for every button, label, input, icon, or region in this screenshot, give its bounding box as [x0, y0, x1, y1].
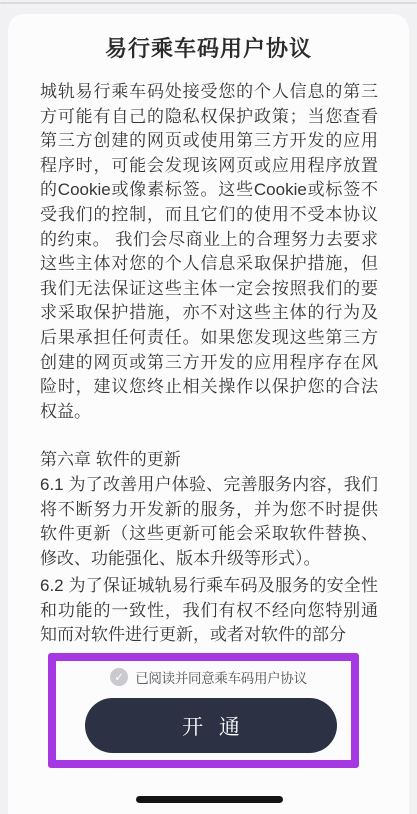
window-top-edge [0, 2, 417, 4]
consent-checkbox-check-icon[interactable]: ✓ [110, 668, 128, 686]
home-indicator-bar[interactable] [136, 796, 283, 803]
consent-label: 已阅读并同意乘车码用户协议 [135, 667, 307, 687]
agreement-scroll-area[interactable]: 城轨易行乘车码处接受您的个人信息的第三方可能有自己的隐私权保护政策；当您查看第三… [40, 78, 378, 650]
page-title: 易行乘车码用户协议 [8, 32, 409, 63]
agreement-clause-6-1: 6.1 为了改善用户体验、完善服务内容，我们将不断努力开发新的服务，并为您不时提… [40, 473, 378, 571]
agreement-clause-6-2: 6.2 为了保证城轨易行乘车码及服务的安全性和功能的一致性，我们有权不经向您特别… [40, 574, 378, 648]
activate-button[interactable]: 开 通 [85, 698, 337, 753]
consent-row[interactable]: ✓ 已阅读并同意乘车码用户协议 [8, 666, 409, 688]
agreement-paragraph: 城轨易行乘车码处接受您的个人信息的第三方可能有自己的隐私权保护政策；当您查看第三… [40, 80, 378, 424]
agreement-section-heading: 第六章 软件的更新 [40, 448, 378, 473]
app-screen: 易行乘车码用户协议 城轨易行乘车码处接受您的个人信息的第三方可能有自己的隐私权保… [0, 0, 417, 814]
